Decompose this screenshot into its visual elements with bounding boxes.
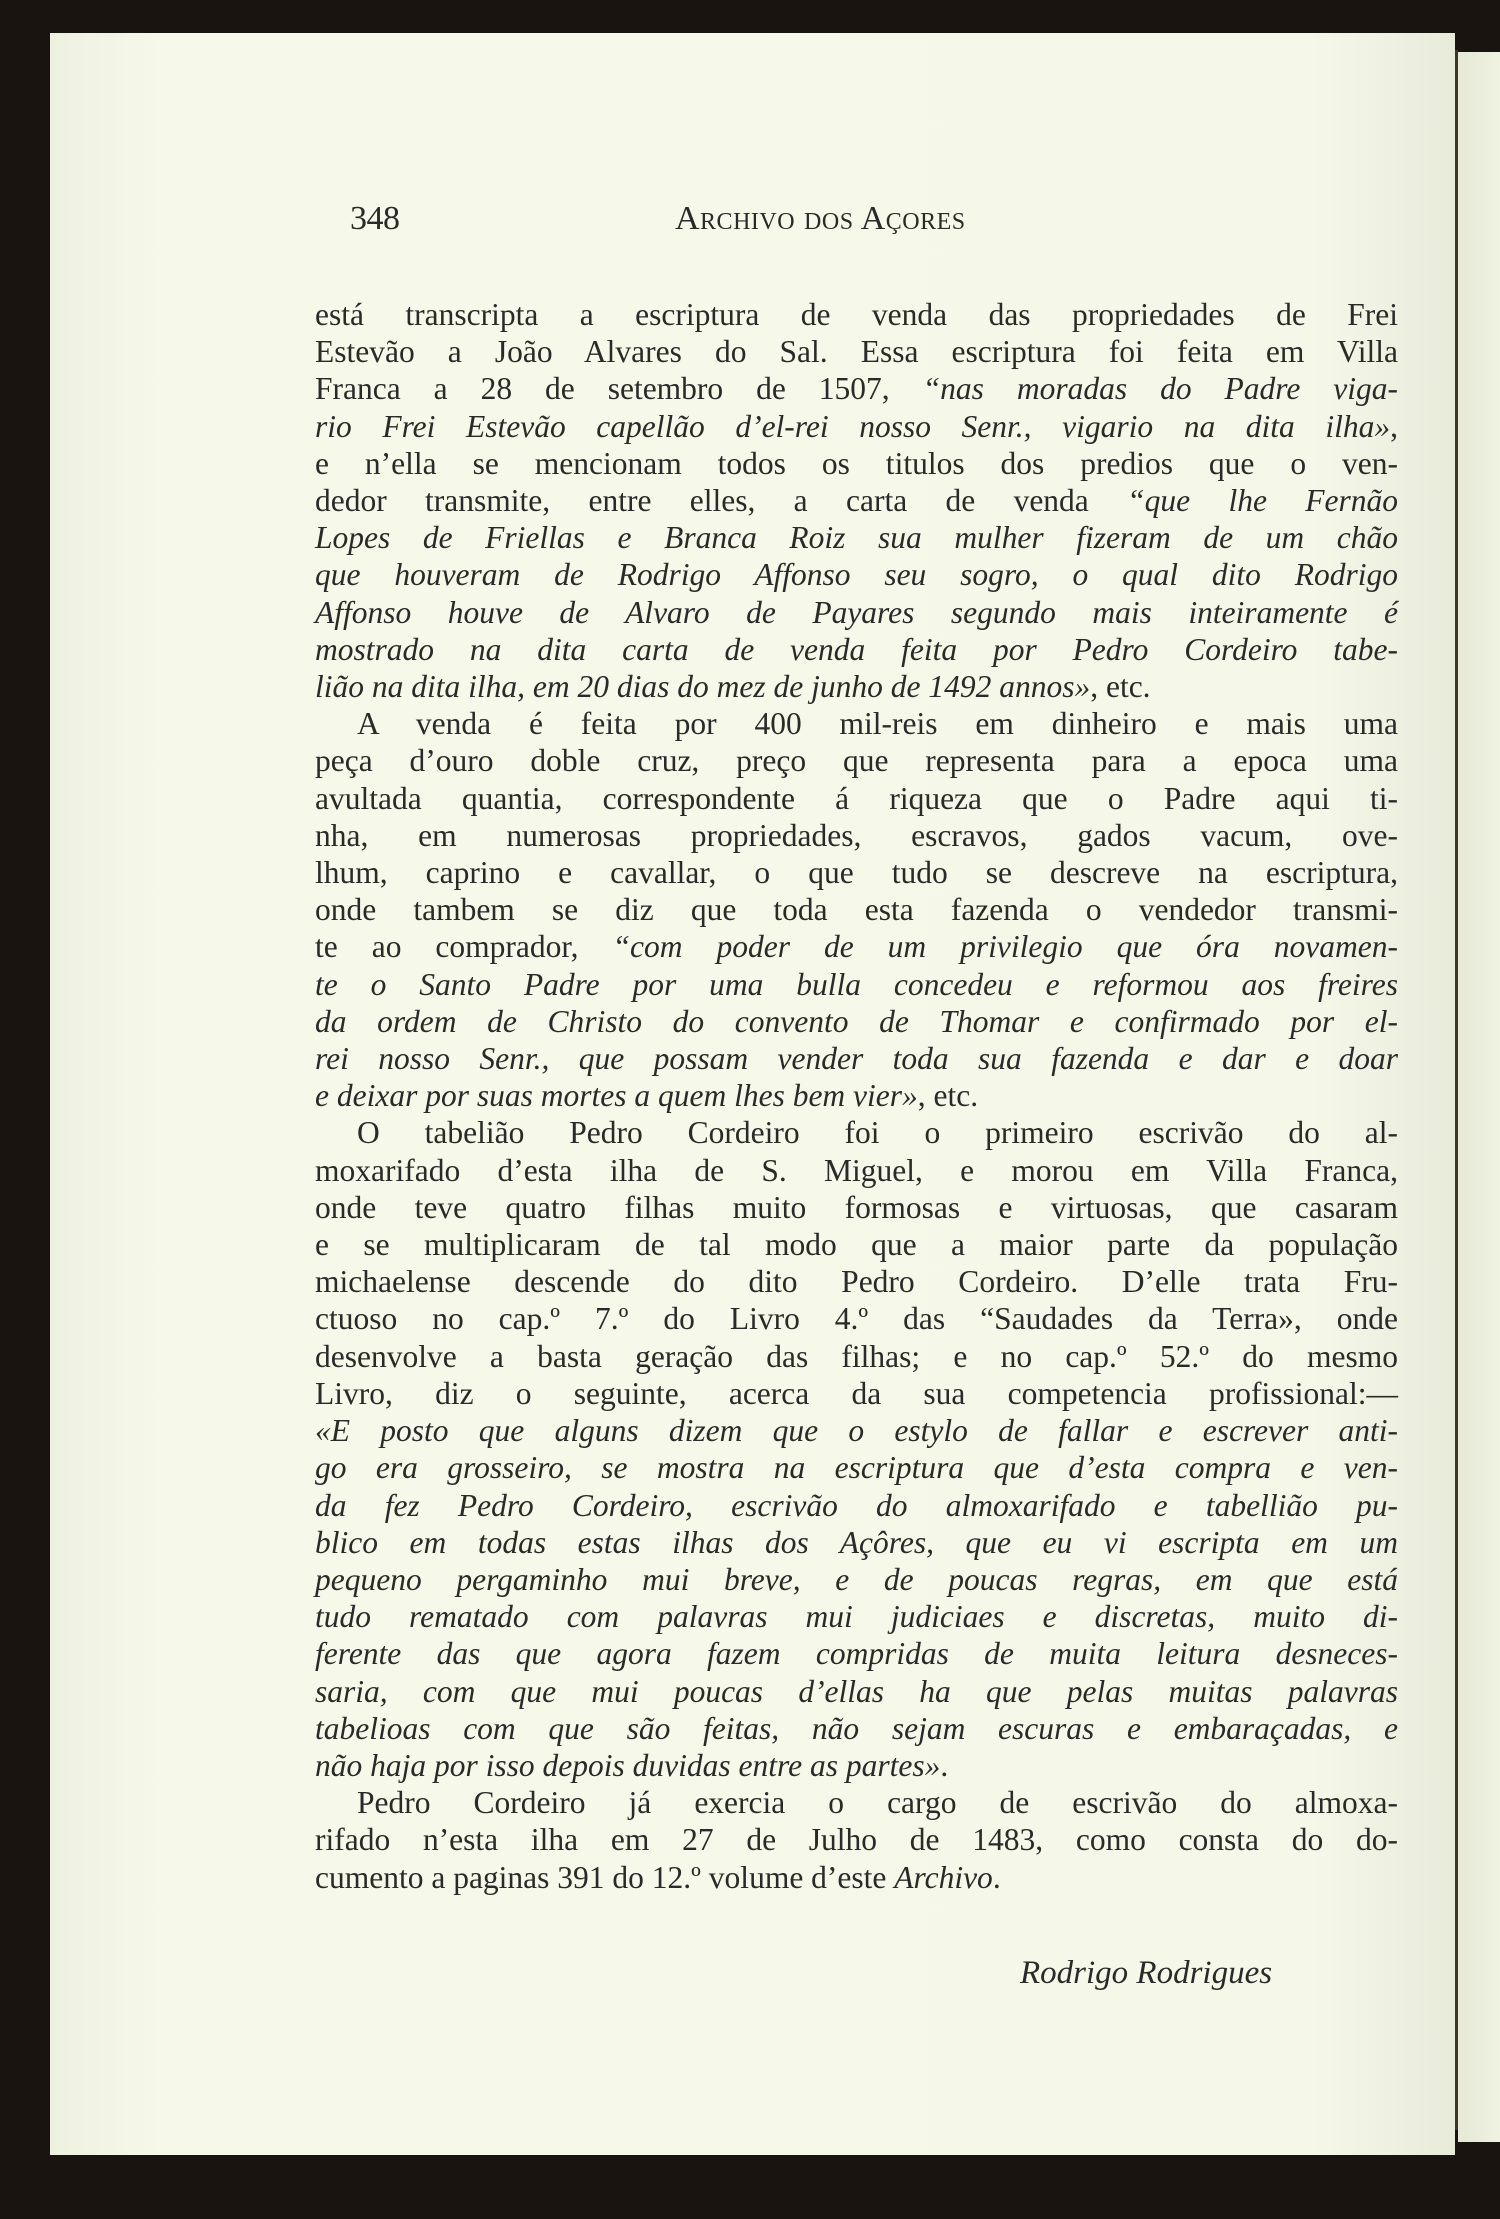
text-line: A venda é feita por 400 mil-reis em dinh…: [315, 705, 1398, 742]
italic-quote-segment: da fez Pedro Cordeiro, escrivão do almox…: [315, 1488, 1398, 1523]
text-line: Estevão a João Alvares do Sal. Essa escr…: [315, 333, 1398, 370]
italic-quote-segment: rio Frei Estevão capellão d’el-rei nosso…: [315, 409, 1390, 444]
text-segment: e se multiplicaram de tal modo que a mai…: [315, 1227, 1398, 1262]
text-segment: O tabelião Pedro Cordeiro foi o primeiro…: [357, 1115, 1398, 1150]
paragraph: Pedro Cordeiro já exercia o cargo de esc…: [315, 1784, 1398, 1896]
page-header: 348 Archivo dos Açores: [350, 200, 1400, 250]
text-line: michaelense descende do dito Pedro Corde…: [315, 1263, 1398, 1300]
text-line: onde teve quatro filhas muito formosas e…: [315, 1189, 1398, 1226]
text-line: da fez Pedro Cordeiro, escrivão do almox…: [315, 1487, 1398, 1524]
text-line: da ordem de Christo do convento de Thoma…: [315, 1003, 1398, 1040]
text-segment: moxarifado d’esta ilha de S. Miguel, e m…: [315, 1153, 1398, 1188]
text-segment: Livro, diz o seguinte, acerca da sua com…: [315, 1376, 1398, 1411]
text-line: desenvolve a basta geração das filhas; e…: [315, 1338, 1398, 1375]
text-line: onde tambem se diz que toda esta fazenda…: [315, 891, 1398, 928]
text-line: Livro, diz o seguinte, acerca da sua com…: [315, 1375, 1398, 1412]
text-line: lião na dita ilha, em 20 dias do mez de …: [315, 668, 1398, 705]
text-line: te o Santo Padre por uma bulla concedeu …: [315, 966, 1398, 1003]
body-text: está transcripta a escriptura de venda d…: [315, 296, 1398, 1896]
page-number: 348: [350, 200, 400, 238]
text-segment: Franca a 28 de setembro de 1507,: [315, 371, 923, 406]
text-line: dedor transmite, entre elles, a carta de…: [315, 482, 1398, 519]
author-signature: Rodrigo Rodrigues: [1020, 1955, 1272, 1992]
text-line: não haja por isso depois duvidas entre a…: [315, 1747, 1398, 1784]
text-line: tudo rematado com palavras mui judiciaes…: [315, 1598, 1398, 1635]
text-line: blico em todas estas ilhas dos Açôres, q…: [315, 1524, 1398, 1561]
text-segment: ,: [1390, 409, 1398, 444]
text-segment: dedor transmite, entre elles, a carta de…: [315, 483, 1127, 518]
text-line: cumento a paginas 391 do 12.º volume d’e…: [315, 1859, 1398, 1896]
text-line: ferente das que agora fazem compridas de…: [315, 1635, 1398, 1672]
paragraph: O tabelião Pedro Cordeiro foi o primeiro…: [315, 1114, 1398, 1784]
text-line: Lopes de Friellas e Branca Roiz sua mulh…: [315, 519, 1398, 556]
italic-quote-segment: «E posto que alguns dizem que o estylo d…: [315, 1413, 1398, 1448]
italic-quote-segment: e deixar por suas mortes a quem lhes bem…: [315, 1078, 918, 1113]
italic-quote-segment: mostrado na dita carta de venda feita po…: [315, 632, 1398, 667]
text-segment: , etc.: [1090, 669, 1150, 704]
text-segment: peça d’ouro doble cruz, preço que repres…: [315, 743, 1398, 778]
italic-quote-segment: Lopes de Friellas e Branca Roiz sua mulh…: [315, 520, 1398, 555]
paragraph: A venda é feita por 400 mil-reis em dinh…: [315, 705, 1398, 1114]
italic-quote-segment: não haja por isso depois duvidas entre a…: [315, 1748, 940, 1783]
text-segment: e n’ella se mencionam todos os titulos d…: [315, 446, 1398, 481]
text-line: lhum, caprino e cavallar, o que tudo se …: [315, 854, 1398, 891]
text-segment: te ao comprador,: [315, 929, 612, 964]
text-segment: Estevão a João Alvares do Sal. Essa escr…: [315, 334, 1398, 369]
text-line: te ao comprador, “com poder de um privil…: [315, 928, 1398, 965]
italic-quote-segment: tudo rematado com palavras mui judiciaes…: [315, 1599, 1398, 1634]
text-line: ctuoso no cap.º 7.º do Livro 4.º das “Sa…: [315, 1300, 1398, 1337]
text-segment: está transcripta a escriptura de venda d…: [315, 297, 1398, 332]
italic-quote-segment: “nas moradas do Padre viga-: [923, 371, 1398, 406]
text-segment: cumento a paginas 391 do 12.º volume d’e…: [315, 1860, 894, 1895]
italic-quote-segment: saria, com que mui poucas d’ellas ha que…: [315, 1674, 1398, 1709]
text-segment: Pedro Cordeiro já exercia o cargo de esc…: [357, 1785, 1398, 1820]
text-segment: , etc.: [918, 1078, 978, 1113]
text-line: Affonso houve de Alvaro de Payares segun…: [315, 594, 1398, 631]
text-segment: A venda é feita por 400 mil-reis em dinh…: [357, 706, 1398, 741]
italic-quote-segment: te o Santo Padre por uma bulla concedeu …: [315, 967, 1398, 1002]
text-line: moxarifado d’esta ilha de S. Miguel, e m…: [315, 1152, 1398, 1189]
text-line: mostrado na dita carta de venda feita po…: [315, 631, 1398, 668]
text-line: e n’ella se mencionam todos os titulos d…: [315, 445, 1398, 482]
text-segment: lhum, caprino e cavallar, o que tudo se …: [315, 855, 1398, 890]
text-line: peça d’ouro doble cruz, preço que repres…: [315, 742, 1398, 779]
italic-quote-segment: ferente das que agora fazem compridas de…: [315, 1636, 1398, 1671]
italic-quote-segment: rei nosso Senr., que possam vender toda …: [315, 1041, 1398, 1076]
text-line: O tabelião Pedro Cordeiro foi o primeiro…: [315, 1114, 1398, 1151]
text-segment: desenvolve a basta geração das filhas; e…: [315, 1339, 1398, 1374]
text-line: go era grosseiro, se mostra na escriptur…: [315, 1449, 1398, 1486]
text-line: pequeno pergaminho mui breve, e de pouca…: [315, 1561, 1398, 1598]
text-line: tabelioas com que são feitas, não sejam …: [315, 1710, 1398, 1747]
italic-quote-segment: que houveram de Rodrigo Affonso seu sogr…: [315, 557, 1398, 592]
text-segment: avultada quantia, correspondente á rique…: [315, 781, 1398, 816]
text-segment: ctuoso no cap.º 7.º do Livro 4.º das “Sa…: [315, 1301, 1398, 1336]
text-line: e se multiplicaram de tal modo que a mai…: [315, 1226, 1398, 1263]
text-segment: onde teve quatro filhas muito formosas e…: [315, 1190, 1398, 1225]
text-line: Franca a 28 de setembro de 1507, “nas mo…: [315, 370, 1398, 407]
italic-quote-segment: “que lhe Fernão: [1127, 483, 1398, 518]
text-line: rifado n’esta ilha em 27 de Julho de 148…: [315, 1821, 1398, 1858]
italic-quote-segment: tabelioas com que são feitas, não sejam …: [315, 1711, 1398, 1746]
text-segment: nha, em numerosas propriedades, escravos…: [315, 818, 1398, 853]
paragraph: está transcripta a escriptura de venda d…: [315, 296, 1398, 705]
text-segment: rifado n’esta ilha em 27 de Julho de 148…: [315, 1822, 1398, 1857]
text-line: que houveram de Rodrigo Affonso seu sogr…: [315, 556, 1398, 593]
italic-quote-segment: blico em todas estas ilhas dos Açôres, q…: [315, 1525, 1398, 1560]
text-line: Pedro Cordeiro já exercia o cargo de esc…: [315, 1784, 1398, 1821]
text-line: e deixar por suas mortes a quem lhes bem…: [315, 1077, 1398, 1114]
running-title: Archivo dos Açores: [675, 200, 966, 238]
text-segment: onde tambem se diz que toda esta fazenda…: [315, 892, 1398, 927]
italic-quote-segment: pequeno pergaminho mui breve, e de pouca…: [315, 1562, 1398, 1597]
text-segment: .: [993, 1860, 1001, 1895]
text-line: nha, em numerosas propriedades, escravos…: [315, 817, 1398, 854]
text-line: avultada quantia, correspondente á rique…: [315, 780, 1398, 817]
adjacent-page-edge: [1458, 52, 1500, 2142]
text-segment: michaelense descende do dito Pedro Corde…: [315, 1264, 1398, 1299]
text-segment: .: [940, 1748, 948, 1783]
text-line: rei nosso Senr., que possam vender toda …: [315, 1040, 1398, 1077]
italic-quote-segment: Affonso houve de Alvaro de Payares segun…: [315, 595, 1398, 630]
italic-quote-segment: Archivo: [894, 1860, 993, 1895]
text-line: «E posto que alguns dizem que o estylo d…: [315, 1412, 1398, 1449]
text-line: saria, com que mui poucas d’ellas ha que…: [315, 1673, 1398, 1710]
text-line: está transcripta a escriptura de venda d…: [315, 296, 1398, 333]
italic-quote-segment: lião na dita ilha, em 20 dias do mez de …: [315, 669, 1090, 704]
italic-quote-segment: go era grosseiro, se mostra na escriptur…: [315, 1450, 1398, 1485]
text-line: rio Frei Estevão capellão d’el-rei nosso…: [315, 408, 1398, 445]
italic-quote-segment: da ordem de Christo do convento de Thoma…: [315, 1004, 1398, 1039]
italic-quote-segment: “com poder de um privilegio que óra nova…: [612, 929, 1398, 964]
